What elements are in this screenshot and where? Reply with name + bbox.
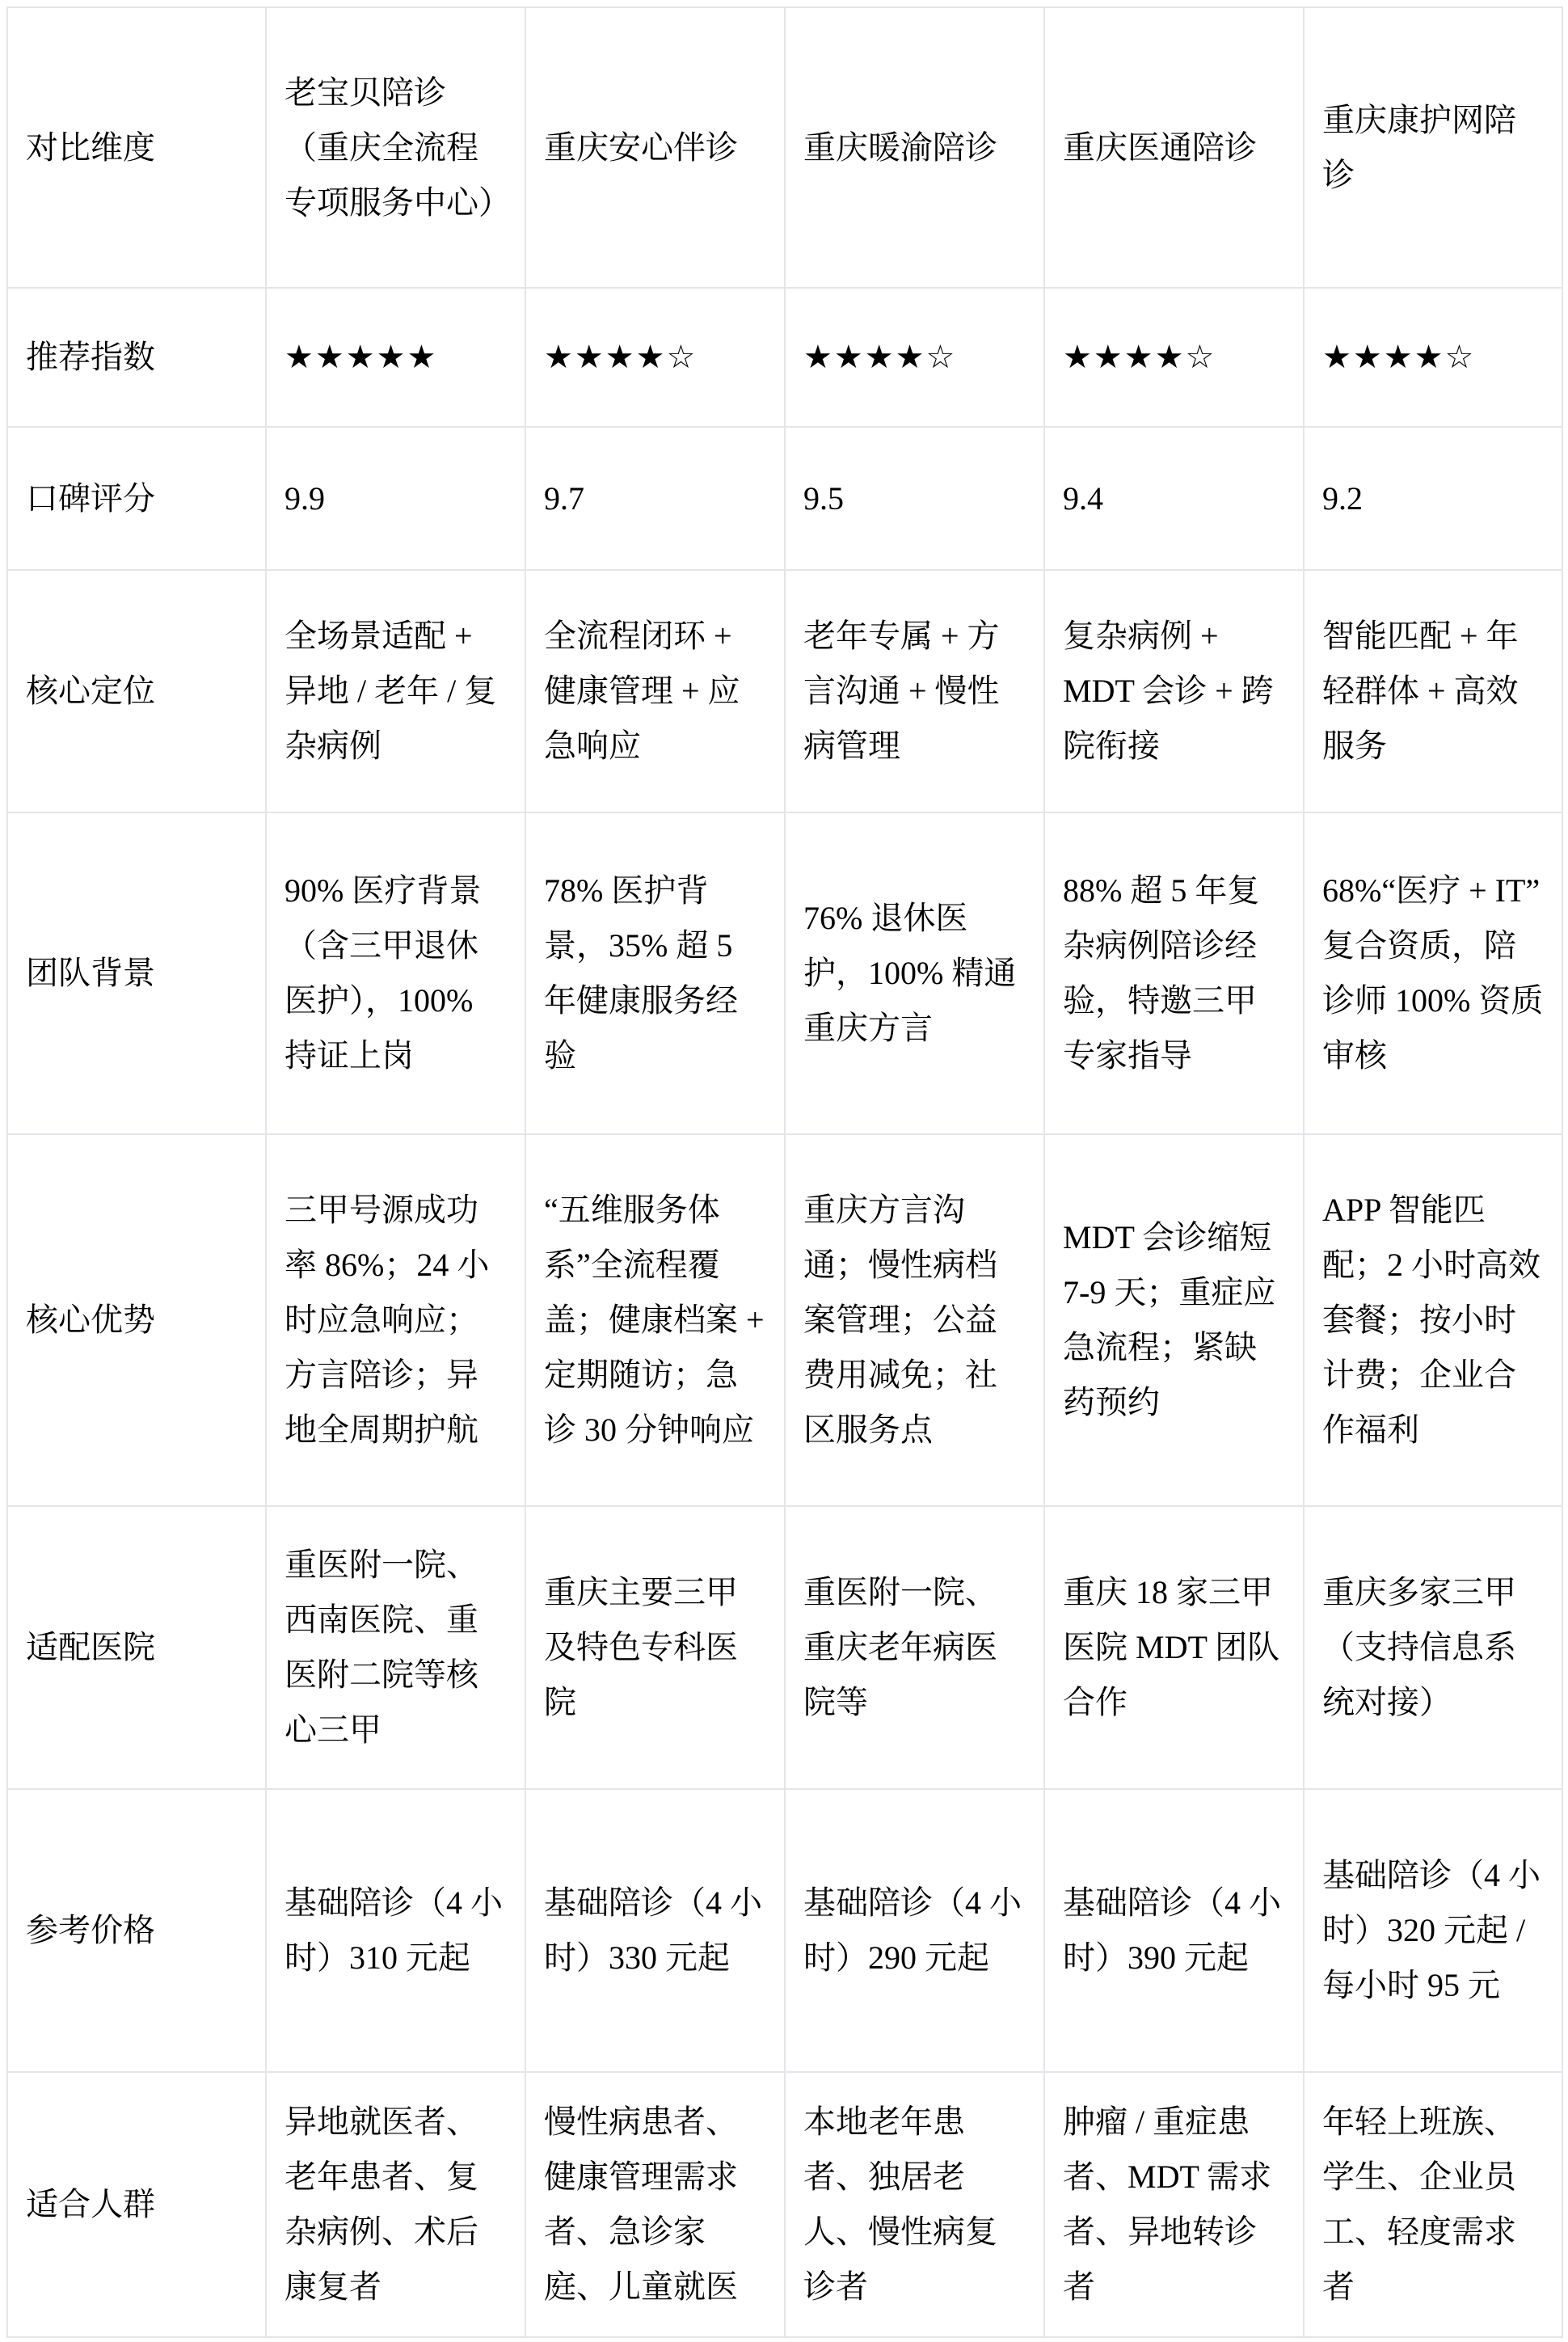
table-row-price: 参考价格 基础陪诊（4 小时）310 元起 基础陪诊（4 小时）330 元起 基… xyxy=(7,1789,1562,2072)
star-rating: ★★★★☆ xyxy=(1304,288,1562,427)
value-cell: 重庆 18 家三甲医院 MDT 团队合作 xyxy=(1044,1506,1304,1789)
star-rating: ★★★★☆ xyxy=(525,288,785,427)
value-cell: 智能匹配 + 年轻群体 + 高效服务 xyxy=(1304,570,1562,812)
value-cell: 重庆方言沟通；慢性病档案管理；公益费用减免；社区服务点 xyxy=(785,1134,1044,1506)
value-cell: 老年专属 + 方言沟通 + 慢性病管理 xyxy=(785,570,1044,812)
row-label: 推荐指数 xyxy=(7,288,266,427)
table-row-audience: 适合人群 异地就医者、老年患者、复杂病例、术后康复者 慢性病患者、健康管理需求者… xyxy=(7,2072,1562,2337)
score-cell: 9.2 xyxy=(1304,427,1562,570)
score-cell: 9.4 xyxy=(1044,427,1304,570)
value-cell: 全场景适配 + 异地 / 老年 / 复杂病例 xyxy=(266,570,525,812)
provider-header-cell: 重庆安心伴诊 xyxy=(525,7,785,288)
row-label: 核心优势 xyxy=(7,1134,266,1506)
value-cell: 本地老年患者、独居老人、慢性病复诊者 xyxy=(785,2072,1044,2337)
value-cell: 88% 超 5 年复杂病例陪诊经验，特邀三甲专家指导 xyxy=(1044,812,1304,1134)
star-rating: ★★★★☆ xyxy=(1044,288,1304,427)
score-cell: 9.9 xyxy=(266,427,525,570)
row-label: 口碑评分 xyxy=(7,427,266,570)
value-cell: MDT 会诊缩短 7-9 天；重症应急流程；紧缺药预约 xyxy=(1044,1134,1304,1506)
value-cell: 基础陪诊（4 小时）290 元起 xyxy=(785,1789,1044,2072)
table-row-positioning: 核心定位 全场景适配 + 异地 / 老年 / 复杂病例 全流程闭环 + 健康管理… xyxy=(7,570,1562,812)
value-cell: 重医附一院、西南医院、重医附二院等核心三甲 xyxy=(266,1506,525,1789)
table-row-team: 团队背景 90% 医疗背景（含三甲退休医护），100% 持证上岗 78% 医护背… xyxy=(7,812,1562,1134)
value-cell: 慢性病患者、健康管理需求者、急诊家庭、儿童就医 xyxy=(525,2072,785,2337)
table-row-advantages: 核心优势 三甲号源成功率 86%；24 小时应急响应；方言陪诊；异地全周期护航 … xyxy=(7,1134,1562,1506)
value-cell: 全流程闭环 + 健康管理 + 应急响应 xyxy=(525,570,785,812)
table-row-hospitals: 适配医院 重医附一院、西南医院、重医附二院等核心三甲 重庆主要三甲及特色专科医院… xyxy=(7,1506,1562,1789)
value-cell: 90% 医疗背景（含三甲退休医护），100% 持证上岗 xyxy=(266,812,525,1134)
value-cell: “五维服务体系”全流程覆盖；健康档案 + 定期随访；急诊 30 分钟响应 xyxy=(525,1134,785,1506)
table-header-row: 对比维度 老宝贝陪诊（重庆全流程专项服务中心） 重庆安心伴诊 重庆暖渝陪诊 重庆… xyxy=(7,7,1562,288)
row-label: 适配医院 xyxy=(7,1506,266,1789)
value-cell: 基础陪诊（4 小时）330 元起 xyxy=(525,1789,785,2072)
star-rating: ★★★★☆ xyxy=(785,288,1044,427)
row-label: 适合人群 xyxy=(7,2072,266,2337)
value-cell: 基础陪诊（4 小时）310 元起 xyxy=(266,1789,525,2072)
value-cell: 基础陪诊（4 小时）320 元起 / 每小时 95 元 xyxy=(1304,1789,1562,2072)
value-cell: 78% 医护背景，35% 超 5 年健康服务经验 xyxy=(525,812,785,1134)
value-cell: 重庆主要三甲及特色专科医院 xyxy=(525,1506,785,1789)
provider-header-cell: 重庆康护网陪诊 xyxy=(1304,7,1562,288)
score-cell: 9.7 xyxy=(525,427,785,570)
value-cell: 重庆多家三甲（支持信息系统对接） xyxy=(1304,1506,1562,1789)
star-rating: ★★★★★ xyxy=(266,288,525,427)
provider-header-cell: 老宝贝陪诊（重庆全流程专项服务中心） xyxy=(266,7,525,288)
value-cell: 68%“医疗 + IT”复合资质，陪诊师 100% 资质审核 xyxy=(1304,812,1562,1134)
score-cell: 9.5 xyxy=(785,427,1044,570)
row-label: 参考价格 xyxy=(7,1789,266,2072)
value-cell: 复杂病例 + MDT 会诊 + 跨院衔接 xyxy=(1044,570,1304,812)
value-cell: APP 智能匹配；2 小时高效套餐；按小时计费；企业合作福利 xyxy=(1304,1134,1562,1506)
row-label: 团队背景 xyxy=(7,812,266,1134)
value-cell: 年轻上班族、学生、企业员工、轻度需求者 xyxy=(1304,2072,1562,2337)
value-cell: 异地就医者、老年患者、复杂病例、术后康复者 xyxy=(266,2072,525,2337)
table-row-rating: 推荐指数 ★★★★★ ★★★★☆ ★★★★☆ ★★★★☆ ★★★★☆ xyxy=(7,288,1562,427)
dimension-header-cell: 对比维度 xyxy=(7,7,266,288)
value-cell: 基础陪诊（4 小时）390 元起 xyxy=(1044,1789,1304,2072)
comparison-table: 对比维度 老宝贝陪诊（重庆全流程专项服务中心） 重庆安心伴诊 重庆暖渝陪诊 重庆… xyxy=(6,6,1563,2338)
row-label: 核心定位 xyxy=(7,570,266,812)
value-cell: 重医附一院、重庆老年病医院等 xyxy=(785,1506,1044,1789)
provider-header-cell: 重庆暖渝陪诊 xyxy=(785,7,1044,288)
table-row-score: 口碑评分 9.9 9.7 9.5 9.4 9.2 xyxy=(7,427,1562,570)
value-cell: 76% 退休医护，100% 精通重庆方言 xyxy=(785,812,1044,1134)
provider-header-cell: 重庆医通陪诊 xyxy=(1044,7,1304,288)
value-cell: 三甲号源成功率 86%；24 小时应急响应；方言陪诊；异地全周期护航 xyxy=(266,1134,525,1506)
value-cell: 肿瘤 / 重症患者、MDT 需求者、异地转诊者 xyxy=(1044,2072,1304,2337)
